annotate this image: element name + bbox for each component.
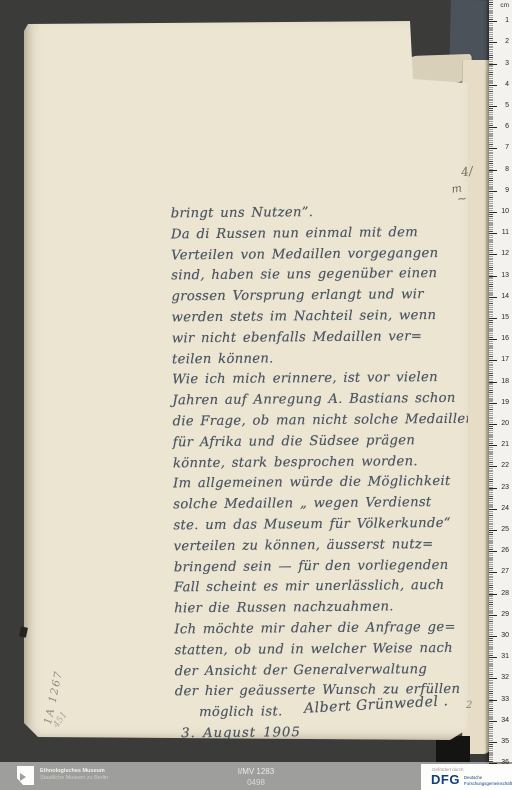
ruler-number: 25 [501, 526, 509, 534]
ruler-cm-tick [489, 21, 497, 22]
ruler-cm-tick [489, 721, 497, 722]
ruler-cm-tick [489, 678, 497, 679]
ruler-cm-tick [489, 254, 497, 255]
ruler-cm-tick [489, 572, 497, 573]
manuscript-line: Ich möchte mir daher die Anfrage ge= [174, 618, 476, 641]
ruler-cm-tick [489, 551, 497, 552]
ruler-number: 23 [501, 484, 509, 492]
ruler-number: 26 [501, 547, 509, 555]
manuscript-line: Fall scheint es mir unerlässlich, auch [174, 576, 476, 599]
ruler-cm-tick [489, 382, 497, 383]
ruler-cm-tick [489, 106, 497, 107]
ruler-number: 14 [501, 293, 509, 301]
manuscript-line: statten, ob und in welcher Weise nach [174, 638, 476, 661]
ruler-cm-tick [489, 445, 497, 446]
dfg-name-line: Forschungsgemeinschaft [464, 781, 512, 787]
manuscript-line: für Afrika und die Südsee prägen [173, 430, 475, 453]
ruler-number: 10 [501, 208, 509, 216]
ruler-cm-tick [489, 297, 497, 298]
ruler-cm-tick [489, 657, 497, 658]
ruler-number: 1 [505, 17, 509, 25]
ruler-number: 33 [501, 696, 509, 704]
dfg-wordmark: DFG [431, 772, 460, 787]
manuscript-line: sind, haben sie uns gegenüber einen [171, 264, 473, 287]
manuscript-line: Jahren auf Anregung A. Bastians schon [172, 389, 474, 412]
footer-bar: Ethnologisches Museum Staatliche Museen … [0, 762, 512, 790]
ruler-number: 17 [501, 356, 509, 364]
ruler-number: 35 [501, 738, 509, 746]
scan-area: bringt uns Nutzen”.Da di Russen nun einm… [0, 0, 512, 762]
manuscript-line: teilen können. [172, 347, 474, 370]
ruler-number: 16 [501, 335, 509, 343]
manuscript-line: Wie ich mich erinnere, ist vor vielen [172, 368, 474, 391]
dfg-logo: Gefördert durch DFG Deutsche Forschungsg… [421, 764, 512, 790]
manuscript-date: 3. August 1905 [175, 722, 477, 745]
ruler-number: 9 [505, 187, 509, 195]
ruler-number: 11 [502, 229, 509, 237]
manuscript-line: Da di Russen nun einmal mit dem [171, 222, 473, 245]
ruler-number: 32 [501, 674, 509, 682]
ruler-cm-tick [489, 488, 497, 489]
ruler-cm-tick [489, 85, 497, 86]
manuscript-line: Im allgemeinen würde die Möglichkeit [173, 472, 475, 495]
ruler-number: 8 [505, 166, 509, 174]
manuscript-line: könnte, stark besprochen worden. [173, 451, 475, 474]
ruler-cm-tick [489, 509, 497, 510]
ruler-cm-tick [489, 127, 497, 128]
manuscript-line: die Frage, ob man nicht solche Medaillen [172, 410, 474, 433]
ruler-number: 2 [505, 38, 509, 46]
ruler-cm-tick [489, 212, 497, 213]
manuscript-line: wir nicht ebenfalls Medaillen ver= [172, 326, 474, 349]
ruler-cm-tick [489, 148, 497, 149]
manuscript-line: grossen Vorsprung erlangt und wir [171, 285, 473, 308]
ruler-number: 6 [505, 123, 509, 131]
ruler-number: 3 [505, 60, 509, 68]
ruler-cm-tick [489, 360, 497, 361]
ruler-number: 12 [501, 250, 509, 258]
ruler-cm-tick [489, 233, 497, 234]
ruler-cm-tick [489, 742, 497, 743]
ruler-unit-label: cm [500, 2, 509, 9]
ruler-cm-tick [489, 615, 497, 616]
manuscript-line: bringt uns Nutzen”. [171, 202, 473, 225]
ruler: cm 1234567891011121314151617181920212223… [489, 0, 512, 762]
manuscript-line: Verteilen von Medaillen vorgegangen [171, 243, 473, 266]
manuscript-page: bringt uns Nutzen”.Da di Russen nun einm… [24, 21, 468, 740]
ruler-number: 18 [501, 378, 509, 386]
right-margin-note: 4/ m ~ [448, 161, 495, 207]
ruler-number: 19 [501, 399, 509, 407]
ruler-number: 30 [501, 632, 509, 640]
dfg-full-name: Deutsche Forschungsgemeinschaft [464, 775, 512, 786]
ruler-number: 15 [501, 314, 509, 322]
ruler-number: 28 [501, 590, 509, 598]
ruler-number: 7 [505, 144, 509, 152]
ruler-cm-tick [489, 276, 497, 277]
manuscript-line: der Ansicht der Generalverwaltung [175, 659, 477, 682]
ruler-number: 29 [501, 611, 509, 619]
manuscript-line: bringend sein — für den vorliegenden [174, 555, 476, 578]
ruler-cm-tick [489, 636, 497, 637]
manuscript-lines: bringt uns Nutzen”.Da di Russen nun einm… [171, 202, 477, 704]
under-page-note: 2 [466, 700, 472, 711]
ruler-cm-tick [489, 763, 497, 764]
ruler-number: 20 [501, 420, 509, 428]
ruler-cm-tick [489, 700, 497, 701]
ruler-number: 21 [501, 441, 509, 449]
manuscript-line: werden stets im Nachteil sein, wenn [172, 306, 474, 329]
ruler-cm-tick [489, 339, 497, 340]
ruler-cm-tick [489, 403, 497, 404]
ruler-number: 34 [501, 717, 509, 725]
ruler-number: 36 [501, 759, 509, 767]
manuscript-line: verteilen zu können, äusserst nutz= [174, 534, 476, 557]
ruler-number: 31 [501, 653, 509, 661]
ruler-number: 13 [501, 272, 509, 280]
ruler-number: 5 [505, 102, 509, 110]
ruler-cm-tick [489, 466, 497, 467]
manuscript-line: solche Medaillen „ wegen Verdienst [173, 493, 475, 516]
manuscript-line: ste. um das Museum für Völkerkunde“ [173, 514, 475, 537]
ruler-cm-tick [489, 64, 497, 65]
ruler-cm-tick [489, 42, 497, 43]
ruler-cm-tick [489, 318, 497, 319]
ruler-cm-tick [489, 424, 497, 425]
ruler-number: 22 [501, 462, 509, 470]
manuscript-text: bringt uns Nutzen”.Da di Russen nun einm… [171, 202, 478, 745]
ruler-cm-tick [489, 594, 497, 595]
ruler-number: 24 [501, 505, 509, 513]
ruler-cm-tick [489, 530, 497, 531]
manuscript-line: hier die Russen nachzuahmen. [174, 597, 476, 620]
ruler-number: 4 [505, 81, 509, 89]
ruler-number: 27 [501, 568, 509, 576]
scan-viewport: bringt uns Nutzen”.Da di Russen nun einm… [0, 0, 512, 790]
